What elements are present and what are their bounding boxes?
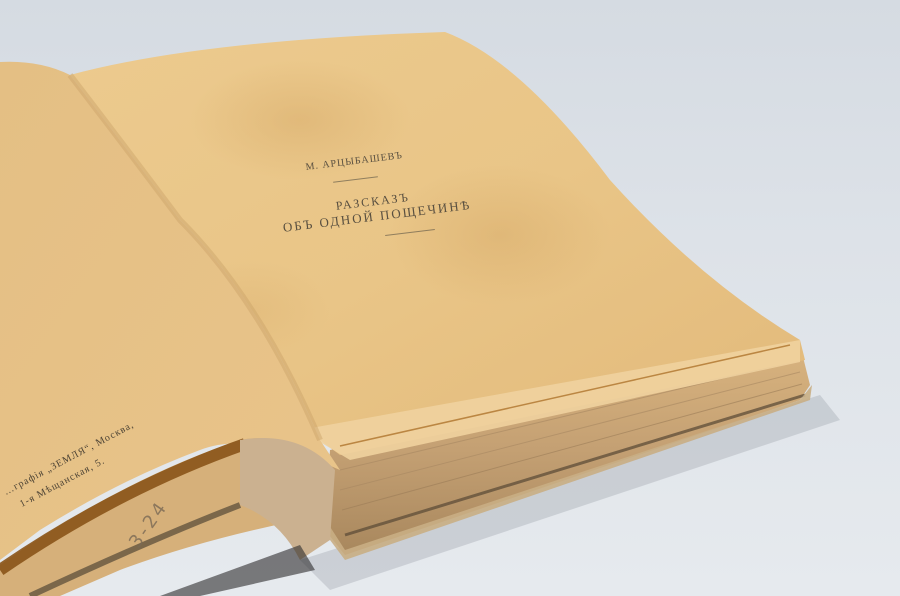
book-illustration bbox=[0, 0, 900, 596]
photo-scene: М. АРЦЫБАШЕВЪ РАЗСКАЗЪ ОБЪ ОДНОЙ ПОЩЕЧИН… bbox=[0, 0, 900, 596]
